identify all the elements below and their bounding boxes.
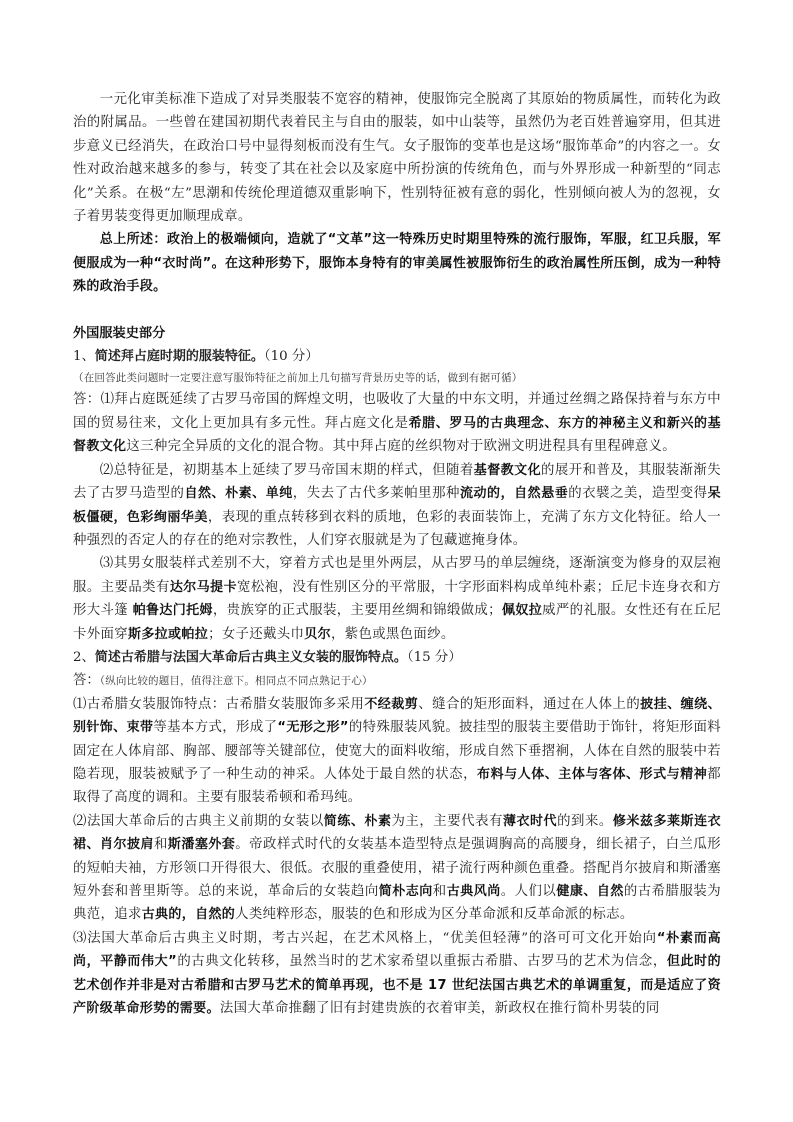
question-1-note: （在回答此类问题时一定要注意写服饰特征之前加上几句描写背景历史等的话，做到有据可…	[73, 368, 721, 388]
text-segment: ，失去了古代多莱帕里那种	[293, 486, 460, 501]
bold-segment: 总上所述：政治上的极端倾向，造就了“文革”这一特殊历史时期里特殊的流行服饰，军服…	[73, 232, 721, 294]
bold-segment: 贝尔	[304, 627, 331, 642]
text-segment: 为主，主要代表有	[391, 814, 502, 829]
question-number: 2、	[73, 650, 95, 665]
bold-segment: 自然、朴素、单纯	[184, 486, 292, 501]
text-segment: 和	[433, 884, 447, 899]
bold-segment: 薄衣时代	[503, 814, 557, 829]
question-2-note: （纵向比较的题目，值得注意下。相同点不同点熟记于心）	[100, 675, 373, 687]
text-segment: 和	[154, 837, 168, 852]
text-segment: ；女子还戴头巾	[208, 627, 304, 642]
q2-answer-2: ⑵法国大革命后的古典主义前期的女装以简练、朴素为主，主要代表有薄衣时代的到来。修…	[73, 810, 721, 927]
text-segment: 。人们以	[501, 884, 557, 899]
bold-segment: 帕鲁达门托姆	[133, 603, 213, 618]
answer-prefix: ⑶	[73, 931, 87, 946]
answer-prefix: 答：⑴	[73, 392, 114, 407]
text-segment: 法国大革命后古典主义时期，考古兴起，在艺术风格上，“优美但轻薄”的洛可可文化开始…	[87, 931, 657, 946]
text-segment: 的到来。	[557, 814, 613, 829]
text-segment: 、缝合的矩形面料，通过在人体上的	[418, 697, 640, 712]
bold-segment: 不经裁剪	[364, 697, 418, 712]
text-segment: ，紫色或黑色面纱。	[331, 627, 455, 642]
bold-segment: 达尔马提卡	[170, 580, 237, 595]
text-segment: ，贵族穿的正式服装，主要用丝绸和锦缎做成；	[213, 603, 502, 618]
question-text: 简述拜占庭时期的服装特征。	[95, 349, 264, 364]
spacer	[73, 299, 721, 322]
text-segment: 的古典文化转移，虽然当时的艺术家希望以重振古希腊、古罗马的艺术为信念，	[177, 954, 667, 969]
intro-paragraph-1: 一元化审美标准下造成了对异类服装不宽容的精神，使服饰完全脱离了其原始的物质属性，…	[73, 88, 721, 228]
question-2-answer-label: 答：（纵向比较的题目，值得注意下。相同点不同点熟记于心）	[73, 669, 721, 692]
intro-summary-paragraph: 总上所述：政治上的极端倾向，造就了“文革”这一特殊历史时期里特殊的流行服饰，军服…	[73, 228, 721, 298]
answer-prefix: ⑵	[73, 814, 87, 829]
question-number: 1、	[73, 349, 95, 364]
bold-segment: 斯多拉或帕拉	[128, 627, 208, 642]
document-page: 一元化审美标准下造成了对异类服装不宽容的精神，使服饰完全脱离了其原始的物质属性，…	[73, 88, 721, 1020]
q2-answer-1: ⑴古希腊女装服饰特点：古希腊女装服饰多采用不经裁剪、缝合的矩形面料，通过在人体上…	[73, 693, 721, 810]
text-segment: 一元化审美标准下造成了对异类服装不宽容的精神，使服饰完全脱离了其原始的物质属性，…	[73, 92, 721, 224]
answer-prefix: ⑶	[100, 556, 114, 571]
text-segment: 的衣襞之美，造型变得	[568, 486, 707, 501]
bold-segment: 简练、朴素	[324, 814, 392, 829]
bold-segment: 斯潘塞外套	[168, 837, 235, 852]
question-text: 简述古希腊与法国大革命后古典主义女装的服饰特点。	[95, 650, 407, 665]
bold-segment: 流动的，自然悬垂	[460, 486, 568, 501]
question-2-title: 2、简述古希腊与法国大革命后古典主义女装的服饰特点。（15 分）	[73, 646, 721, 669]
bold-segment: “无形之形”	[277, 720, 348, 735]
bold-segment: 古典风尚	[447, 884, 501, 899]
answer-prefix: ⑴	[73, 697, 87, 712]
question-score: （15 分）	[407, 650, 462, 665]
q1-answer-3: ⑶其男女服装样式差别不大，穿着方式也是里外两层，从古罗马的单层缠绕，逐渐演变为修…	[73, 552, 721, 646]
bold-segment: 简朴志向	[379, 884, 433, 899]
answer-prefix: ⑵	[100, 463, 114, 478]
question-score: （10 分）	[264, 349, 319, 364]
bold-segment: 古典的，自然的	[142, 907, 235, 922]
bold-segment: 布料与人体、主体与客体、形式与精神	[477, 767, 707, 782]
text-segment: 人类纯粹形态，服装的色和形成为区分革命派和反革命派的标志。	[235, 907, 633, 922]
text-segment: 法国大革命后的古典主义前期的女装以	[87, 814, 324, 829]
text-segment: 这三种完全异质的文化的混合物。其中拜占庭的丝织物对于欧洲文明进程具有里程碑意义。	[126, 439, 676, 454]
question-1-title: 1、简述拜占庭时期的服装特征。（10 分）	[73, 345, 721, 368]
section-title: 外国服装史部分	[73, 322, 721, 345]
text-segment: 法国大革命推翻了旧有封建贵族的衣着审美，新政权在推行简朴男装的同	[220, 1001, 660, 1016]
bold-segment: 基督教文化	[474, 463, 541, 478]
text-segment: 等基本方式，形成了	[153, 720, 277, 735]
answer-label: 答：	[73, 673, 100, 688]
q1-answer-2: ⑵总特征是，初期基本上延续了罗马帝国末期的样式，但随着基督教文化的展开和普及，其…	[73, 459, 721, 553]
text-segment: 古希腊女装服饰特点：古希腊女装服饰多采用	[87, 697, 364, 712]
bold-segment: 健康、自然	[556, 884, 624, 899]
q1-answer-1: 答：⑴拜占庭既延续了古罗马帝国的辉煌文明，也吸收了大量的中东文明，并通过丝绸之路…	[73, 388, 721, 458]
q2-answer-3: ⑶法国大革命后古典主义时期，考古兴起，在艺术风格上，“优美但轻薄”的洛可可文化开…	[73, 927, 721, 1021]
bold-segment: 佩奴拉	[502, 603, 542, 618]
text-segment: 总特征是，初期基本上延续了罗马帝国末期的样式，但随着	[114, 463, 474, 478]
